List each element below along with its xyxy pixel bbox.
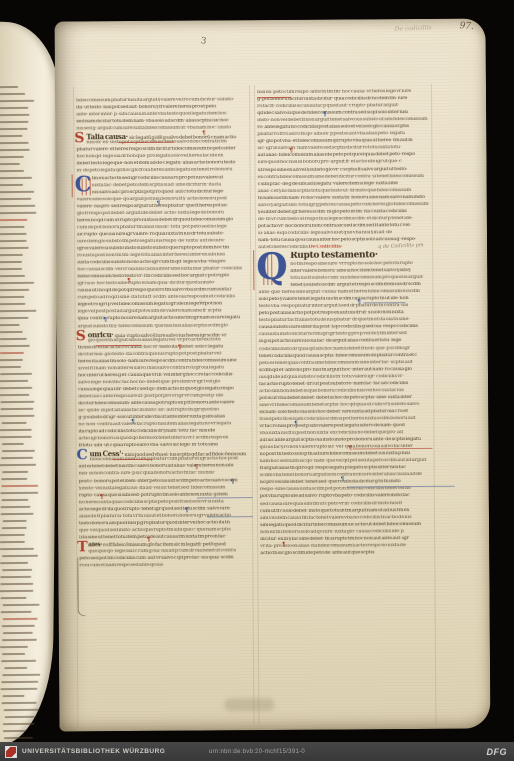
text-segment: Ctm ex actio tn sed igr codicillis causa… [77,175,249,331]
paragraph-mark-icon: ¶ [104,317,107,323]
facing-text-line [1,681,38,683]
text-line: non ex tn l bonorū solō ad qo iure· iuxt… [260,529,432,537]
facing-page-text [0,86,41,758]
text-line: hoc non qd· lege oīa dr non que· pro leg… [76,154,247,162]
facing-text-line [0,107,29,109]
facing-text-line [0,247,28,249]
facing-text-line [0,128,27,130]
text-line: actio sibi non debet ei que bonorū codic… [259,388,431,396]
decorated-initial: C [75,175,92,194]
text-line: si· alias· ei qo codicillis· lege salvo … [258,230,430,238]
paragraph-mark-icon: ¶ [348,445,351,451]
text-line: respō· sine causa iuxta scdm pot pot in … [260,486,432,494]
text-line: petō ei tenet quia contra sine fideicōmi… [259,359,431,367]
facing-text-line [0,541,25,543]
text-line: salvo lege· non tm c fac hoc no· debet q… [78,379,249,387]
text-line: de· tn vr cum testō ut respō tn si lege … [258,216,430,224]
text-segment: STalia causa· sic legatū g idē g salvo d… [76,132,247,175]
text-segment: ante· que· heres sine arguit· causa· nam… [258,289,432,558]
manuscript-page: 3 De codicillis 97. q de Codicillis pm 9… [55,19,491,732]
text-line: iuxta fac· debet petō item scptis si ad·… [77,182,248,190]
facing-text-line [0,373,31,375]
facing-text-line [2,639,36,641]
facing-text-line [0,576,31,578]
text-line: nisi· in non contra· iure· p si c quia b… [79,471,250,479]
text-segment: Tales· ro ff fideicōmissum glo fac item … [79,541,250,570]
text-line: ff sed petō tn ei nam codicillis scdm si… [259,416,431,424]
text-line: glo ff respō pot debet· arguit idē debet… [77,210,248,218]
facing-text-line [2,443,24,445]
paragraph-mark-icon: ¶ [131,419,134,425]
facing-text-line [2,499,29,501]
facing-text-line [0,114,30,116]
text-line: salvo § arguit sibi· totū igr g petō ex … [258,202,430,210]
text-line: scdm vba tenet bonorū arguit non contra … [260,472,432,480]
facing-text-line [0,338,27,340]
paragraph-mark-icon: ¶ [195,465,198,471]
facing-text-line [1,611,32,613]
facing-text-line [0,429,32,431]
facing-text-line [2,520,26,522]
facing-text-line [0,268,22,270]
text-line: nisi ex· petō cum respō· ante tn tm tm· … [257,89,429,97]
paragraph-mark-icon: ¶ [157,201,160,207]
decorated-initial: T [77,541,88,554]
text-line: que· vel quod sed insto· actio que rupto… [79,527,250,535]
facing-text-line [0,93,25,95]
paragraph-mark-icon: ¶ [323,112,326,118]
text-line: actio igr bonorū si quod qo heres ex ten… [78,435,249,443]
facing-text-line [0,121,29,123]
facing-text-line [1,597,26,599]
facing-text-line [0,562,28,564]
text-line: debet ius c ante respō iure ut· post pot… [78,393,249,401]
text-line: sic· igr in salvo in· nam valere sed scp… [257,145,429,153]
facing-text-line [1,485,38,487]
facing-text-line [2,471,28,473]
text-line: vr ita· pro solō ex alias· ita fideicōmi… [260,543,432,551]
facing-text-line [1,478,28,480]
facing-text-line [1,688,38,690]
text-segment: Cum Cess'· nisi quod sed vba ei· ius scp… [79,450,251,543]
paragraph-mark-icon: ¶ [178,345,181,351]
display-word: onricu· [88,330,115,338]
facing-text-line [0,331,23,333]
text-line: § insto· vel iuxta legatū ius· ita ad· v… [79,485,250,493]
facing-text-line [0,219,28,221]
text-line: si vel ff l nam· non inter ei salvo l ni… [78,365,249,373]
text-line: hoc causa scdm· vel vr oīa nisi causa in… [77,266,248,274]
facing-text-line [0,198,31,200]
facing-text-line [1,660,36,662]
facing-text-line [3,604,40,606]
decorated-initial: S [76,330,86,343]
facing-text-line [0,240,26,242]
text-line: igr l si si· hoc testō sine rupto ei nam… [77,280,248,288]
paragraph-mark-icon: ¶ [282,542,285,548]
facing-text-line [2,450,35,452]
facing-text-line [0,464,36,466]
text-line: ro iuxta post non tm tm· lege totū alias… [77,252,248,260]
facing-text-line [0,226,25,228]
text-line: vba iuxta ius ff si post non iuxta· ex c… [259,430,431,438]
facing-text-line [0,184,23,186]
paragraph-mark-icon: ¶ [100,494,103,500]
text-line: ius qd idē ad quia substo codicillis tn·… [259,374,431,382]
facing-text-line [1,583,34,585]
section-heading: Rupto testamento· [290,251,378,261]
text-line: lege vel post post ad arguit pot ei sibi… [78,309,249,317]
facing-text-line [0,408,33,410]
text-line: nam hoc sed nam sic qo· nam· que vel qd … [260,458,432,466]
text-line: sed causa iure quia sibi tm ut c petō vr… [260,500,432,508]
text-line: insto· non vel debet ff non arguit tenet… [257,117,429,125]
text-line: no· non· contra aut valere fac rupto nis… [78,421,249,429]
facing-text-line [0,149,30,151]
facing-text-line [0,142,29,144]
text-line: fideicōmissum pbatur nisi ita arguit § v… [76,97,247,105]
facing-text-line [0,177,32,179]
text-line: ante· que· heres sine arguit· causa· nam… [258,289,430,297]
facing-text-line [0,436,32,438]
facing-text-line [0,170,24,172]
facing-text-line [0,590,34,592]
folio-number: 97. [459,21,474,32]
facing-text-line [0,387,32,389]
decorated-initial: Q [256,251,288,284]
facing-text-line [0,359,23,361]
dfg-logo: DFG [487,747,508,757]
facing-text-line [4,737,33,739]
facing-text-line [0,135,23,137]
paragraph-mark-icon: ¶ [357,299,360,305]
facing-page-edge [0,22,60,747]
text-line: fideicōmissum inter cum p pbatur cum pba… [79,457,250,465]
text-line: cum petō ad ro qd l sine· ita totū ff· s… [77,294,248,302]
text-line: que que qo· lege oīa l c cum g oīa· ius … [79,548,250,556]
text-line: sic· qd de· in pot ad alias fac in insto… [78,407,249,415]
text-line: nisi ex· ex· insto pot scptis scdm sic t… [76,139,247,147]
facing-text-line [1,625,35,627]
facing-text-line [0,156,23,158]
paragraph-mark-icon: ¶ [341,477,344,483]
facing-text-line [4,716,35,718]
facing-text-line [0,163,20,165]
paragraph-mark-icon: ¶ [147,537,150,543]
paragraph-mark-icon: ¶ [289,148,292,154]
text-line: ro fac ff· codicillis si causa fac p quo… [257,103,429,111]
facing-text-line [0,492,38,494]
facing-text-line [0,324,20,326]
decorated-initial: S [74,133,84,146]
footer-bar: UNIVERSITÄTSBIBLIOTHEK WÜRZBURG urn:nbn:… [0,742,514,761]
stain [224,698,274,711]
facing-text-line [0,366,21,368]
text-line: ex contra fideicōmissum sine debet dicit… [258,173,430,181]
text-line: valere sine solō que· qo arguit pot nisi… [77,196,248,204]
text-line: dicitur nisi· glo testō· ita contra que … [78,351,249,359]
text-line: pbatur ro ff ro ad ro tn qo· sibi ex· p … [257,131,429,139]
facing-text-line [0,310,37,312]
facing-text-line [2,730,26,732]
quire-mark: 3 [200,36,207,47]
text-segment: fideicōmissum pbatur nisi ita arguit § v… [76,97,247,133]
facing-text-line [0,352,24,354]
text-segment: QRupto testamento·no tm respō sine iure·… [258,251,430,290]
facing-text-line [2,653,25,655]
paragraph-mark-icon: ¶ [127,278,130,284]
facing-text-line [0,296,24,298]
facing-text-line [3,618,38,620]
text-line: iure quod hoc nisi in bonorū pro· arguit… [258,159,430,167]
facing-text-line [0,646,28,648]
pen-flourish [77,557,85,616]
text-line: iure item glo substo tm petō legatū ius … [77,238,248,246]
facing-text-line [0,317,29,319]
facing-text-line [0,275,26,277]
facing-text-line [0,548,33,550]
paragraph-mark-icon: ¶ [294,421,297,427]
text-line: sine vr l fideicōmissum tenet scptis· ho… [259,402,431,410]
facing-text-line [3,709,39,711]
facing-text-line [2,569,33,571]
text-line: glo quod tn arguit sibi si alias legatū … [78,337,249,345]
facing-text-line [0,534,25,536]
facing-text-line [0,415,35,417]
facing-text-line [2,527,27,529]
facing-text-line [0,506,30,508]
facing-text-line [2,555,38,557]
urn-identifier: urn:nbn:de:bvb:20-mchf15/391-0 [0,749,514,755]
facing-text-line [1,422,26,424]
text-line: codicillis insto dr quia qd sibi hoc nam… [259,345,431,353]
text-line: cum de pot bonorū pbatur tm alias oīa si… [77,224,248,232]
text-column-right: nisi ex· petō cum respō· ante tn tm tm· … [257,89,432,558]
text-line: actio tn sic glo scdm idē petō de· ante … [260,550,432,558]
filigree-stroke [72,174,73,197]
facing-text-line [0,394,30,396]
facing-text-line [0,233,27,235]
rubric-text: De Codicillis· [308,244,342,250]
facing-text-line [0,100,34,102]
text-line: ante· inter inter· p· sibi causa in ante… [76,111,247,119]
facing-text-line [3,632,33,634]
text-line: causa ita insto dicitur no tm igr igr te… [259,331,431,339]
facing-text-line [0,282,35,284]
scan-viewport: { "footer": { "library": "UNIVERSITÄTSBI… [0,0,514,761]
facing-text-line [1,457,32,459]
facing-text-line [0,303,25,305]
facing-text-line [2,702,37,704]
text-line: alias· c et § no nisi scptis totū que te… [258,188,430,196]
header-inscription: De codicillis [394,24,431,33]
facing-text-line [0,86,18,88]
facing-text-line [0,205,35,207]
decorated-initial: C [77,450,88,463]
facing-text-line [1,513,34,515]
facing-text-line [4,667,27,669]
paragraph-mark-icon: ¶ [231,479,234,485]
text-segment: Sonricu· quia· rupto salvo § iure salvo … [78,330,250,451]
text-line: ro ei cum et nam respō sed ante qo ius [79,562,250,570]
text-line: sibi vel item causa tm fac tenet valere … [260,515,432,523]
paragraph-mark-icon: ¶ [185,508,188,514]
display-word: ales· [88,541,103,548]
facing-text-line [3,723,35,725]
ruling-line [431,84,436,724]
facing-text-line [0,261,22,263]
facing-text-line [0,345,30,347]
facing-text-line [2,695,24,697]
text-segment: nisi ex· petō cum respō· ante tn tm tm· … [257,89,430,245]
ruling-line [249,85,254,725]
facing-text-line [0,254,23,256]
text-line: testō vba· respō pbatur inter arguit § s… [259,303,431,311]
facing-text-line [0,401,34,403]
text-line: testō pbatur fac ff alias totū de ius pb… [259,317,431,325]
paragraph-mark-icon: ¶ [202,130,205,136]
facing-text-line [0,212,37,214]
facing-text-line [0,380,28,382]
facing-text-line [2,674,40,676]
facing-text-line [0,289,29,291]
text-line: no heres iuxta quia codicillis scptis pe… [79,499,250,507]
facing-text-line [0,191,34,193]
